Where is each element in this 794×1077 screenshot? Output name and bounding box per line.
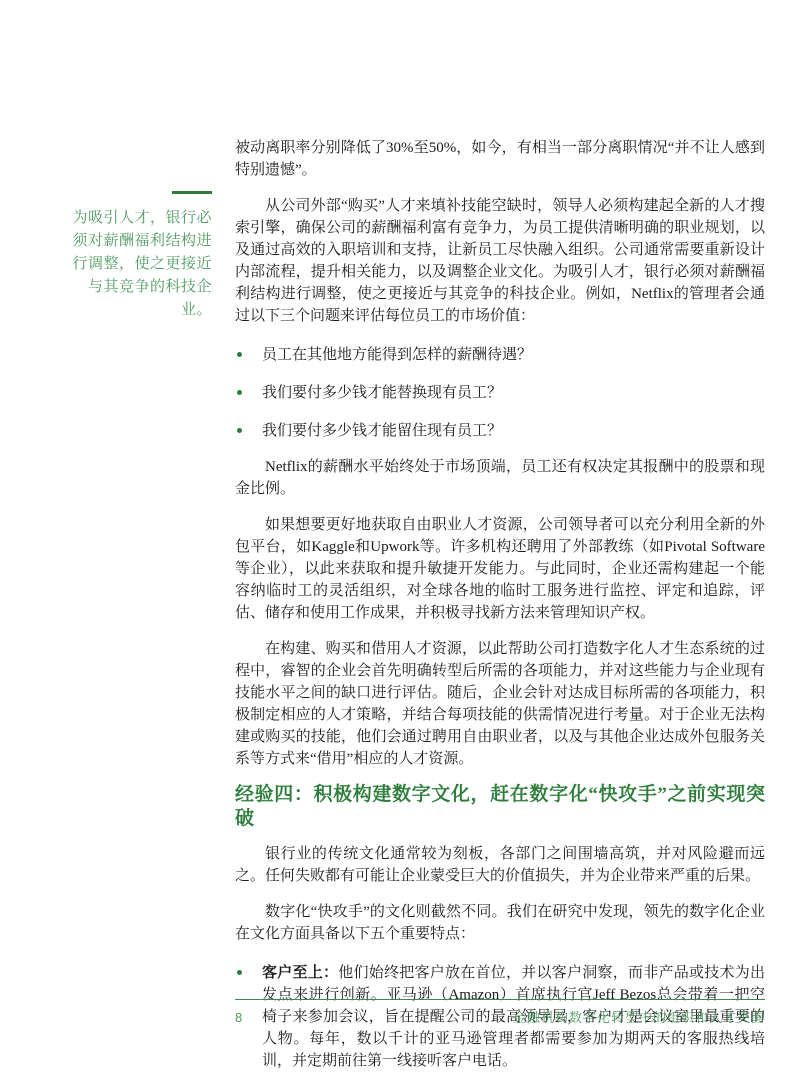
paragraph-netflix: Netflix的薪酬水平始终处于市场顶端，员工还有权决定其报酬中的股票和现金比例… xyxy=(235,456,765,500)
paragraph-ecosystem: 在构建、购买和借用人才资源，以此帮助公司打造数字化人才生态系统的过程中，睿智的企… xyxy=(235,638,765,770)
list-item-text: 我们要付多少钱才能留住现有员工？ xyxy=(262,423,502,439)
paragraph-attacker-culture: 数字化“快攻手”的文化则截然不同。我们在研究中发现，领先的数字化企业在文化方面具… xyxy=(235,901,765,945)
section-heading-lesson-four: 经验四：积极构建数字文化，赶在数字化“快攻手”之前实现突破 xyxy=(235,783,765,831)
paragraph-buy-talent: 从公司外部“购买”人才来填补技能空缺时，领导人必须构建起全新的人才搜索引擎，确保… xyxy=(235,195,765,327)
pull-quote: 为吸引人才，银行必须对薪酬福利结构进行调整，使之更接近与其竞争的科技企业。 xyxy=(60,191,212,322)
list-item: 我们要付多少钱才能替换现有员工？ xyxy=(235,382,765,404)
list-item-text: 员工在其他地方能得到怎样的薪酬待遇？ xyxy=(262,347,532,363)
paragraph-continuation: 被动离职率分别降低了30%至50%，如今，有相当一部分离职情况“并不让人感到特别… xyxy=(235,137,765,181)
bullet-dot-icon xyxy=(237,352,242,357)
bullet-dot-icon xyxy=(237,970,242,975)
bullet-dot-icon xyxy=(237,390,242,395)
page-number: 8 xyxy=(235,1010,243,1025)
pull-quote-text: 为吸引人才，银行必须对薪酬福利结构进行调整，使之更接近与其竞争的科技企业。 xyxy=(60,207,212,322)
paragraph-bank-culture: 银行业的传统文化通常较为刻板，各部门之间围墙高筑，并对风险避而远之。任何失败都有… xyxy=(235,843,765,887)
footer-doc-title: 金融机构数字化转型中的组织和人才突围 xyxy=(513,1007,765,1026)
body-column: 被动离职率分别降低了30%至50%，如今，有相当一部分离职情况“并不让人感到特别… xyxy=(235,137,765,1072)
list-item: 我们要付多少钱才能留住现有员工？ xyxy=(235,420,765,442)
netflix-question-list: 员工在其他地方能得到怎样的薪酬待遇？ 我们要付多少钱才能替换现有员工？ 我们要付… xyxy=(235,344,765,442)
list-item: 员工在其他地方能得到怎样的薪酬待遇？ xyxy=(235,344,765,366)
page-footer: 8 金融机构数字化转型中的组织和人才突围 xyxy=(235,999,765,1026)
list-item-text: 我们要付多少钱才能替换现有员工？ xyxy=(262,385,502,401)
pull-quote-rule xyxy=(172,191,212,194)
paragraph-freelance: 如果想要更好地获取自由职业人才资源，公司领导者可以充分利用全新的外包平台，如Ka… xyxy=(235,514,765,624)
list-item-lead: 客户至上： xyxy=(262,965,338,981)
bullet-dot-icon xyxy=(237,428,242,433)
document-page: 为吸引人才，银行必须对薪酬福利结构进行调整，使之更接近与其竞争的科技企业。 被动… xyxy=(0,0,794,1077)
